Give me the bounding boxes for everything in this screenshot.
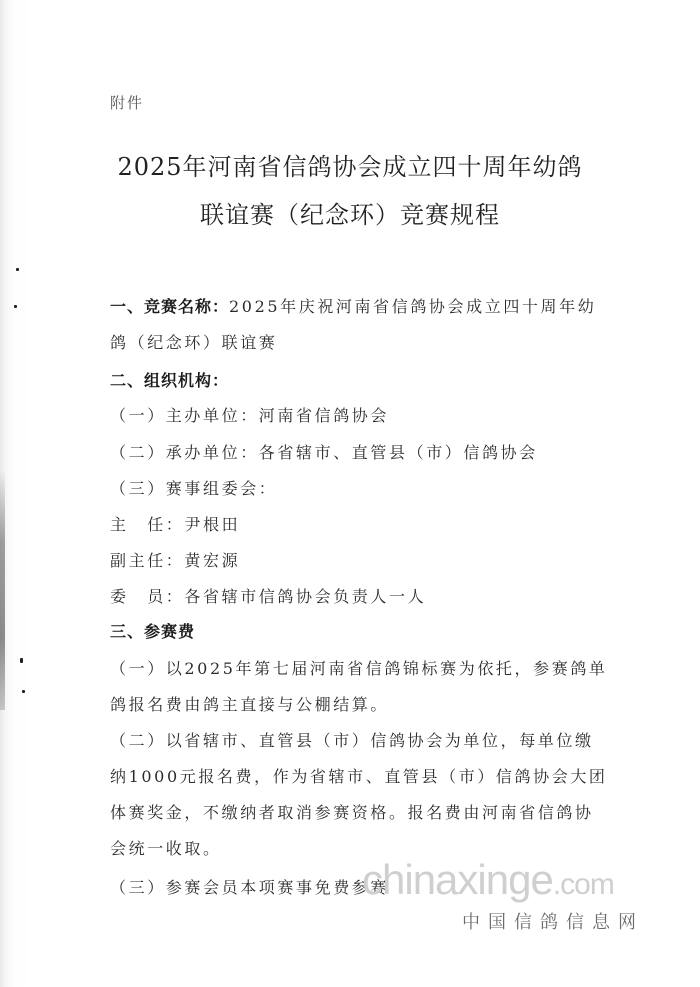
scanned-page: 附件 2025年河南省信鸽协会成立四十周年幼鸽 联谊赛（纪念环）竞赛规程 一、竞…: [0, 0, 700, 987]
section-1-text-cont: 鸽（纪念环）联谊赛: [110, 333, 277, 353]
fee-paragraph-2: （二）以省辖市、直管县（市）信鸽协会为单位，每单位缴: [110, 731, 594, 751]
scan-speck: [14, 305, 17, 308]
fee-paragraph-1: （一）以2025年第七届河南省信鸽锦标赛为依托，参赛鸽单: [110, 659, 608, 679]
document-title-line-1: 2025年河南省信鸽协会成立四十周年幼鸽: [0, 147, 700, 182]
section-1-heading: 一、竞赛名称：: [110, 297, 229, 316]
scan-speck: [16, 268, 19, 271]
committee-members: 委 员：各省辖市信鸽协会负责人一人: [110, 587, 426, 607]
scan-edge-shadow: [0, 470, 5, 710]
document-title-line-2: 联谊赛（纪念环）竞赛规程: [0, 195, 700, 230]
section-1-name: 一、竞赛名称：2025年庆祝河南省信鸽协会成立四十周年幼: [110, 297, 596, 317]
organizer-item: （一）主办单位：河南省信鸽协会: [110, 406, 389, 426]
fee-paragraph-2-cont: 纳1000元报名费，作为省辖市、直管县（市）信鸽协会大团: [110, 767, 608, 787]
committee-deputy: 副主任：黄宏源: [110, 551, 240, 571]
committee-item: （三）赛事组委会：: [110, 479, 277, 499]
scan-speck: [20, 658, 23, 663]
watermark-domain-name: chinaxinge: [362, 856, 553, 903]
fee-paragraph-2-cont: 体赛奖金，不缴纳者取消参赛资格。报名费由河南省信鸽协: [110, 803, 594, 823]
section-2-heading: 二、组织机构：: [110, 371, 229, 391]
watermark-domain: chinaxinge.com: [362, 856, 614, 904]
fee-paragraph-2-cont: 会统一收取。: [110, 839, 222, 859]
attachment-label: 附件: [110, 92, 144, 113]
co-organizer-item: （二）承办单位：各省辖市、直管县（市）信鸽协会: [110, 443, 538, 463]
scan-speck: [22, 690, 25, 693]
fee-paragraph-1-cont: 鸽报名费由鸽主直接与公棚结算。: [110, 695, 389, 715]
watermark-site-name: 中国信鸽信息网: [462, 908, 644, 934]
section-3-heading: 三、参赛费: [110, 622, 195, 642]
committee-director: 主 任：尹根田: [110, 515, 240, 535]
watermark-tld: .com: [553, 868, 614, 901]
fee-paragraph-3: （三）参赛会员本项赛事免费参赛: [110, 878, 389, 898]
section-1-text: 2025年庆祝河南省信鸽协会成立四十周年幼: [229, 297, 596, 316]
